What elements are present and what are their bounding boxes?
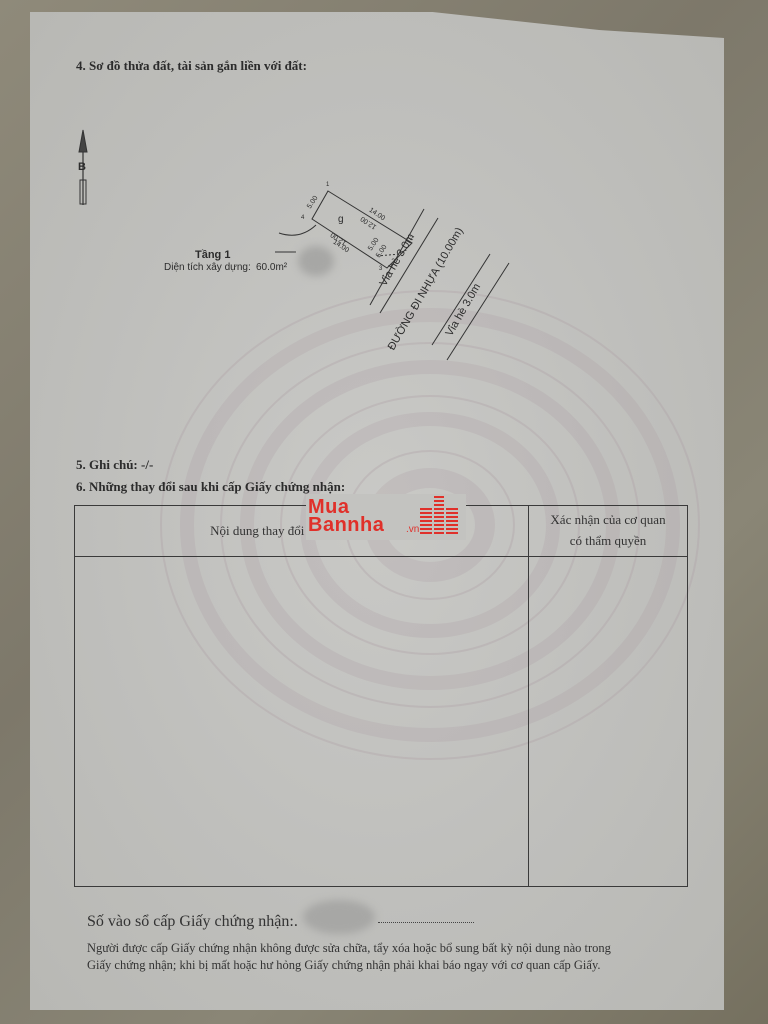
registry-dotted-line: [378, 912, 474, 923]
redacted-blur-registry: [303, 900, 375, 934]
vertex-4: 4: [301, 215, 304, 221]
col-header-confirm-line2: có thẩm quyền: [529, 530, 687, 552]
buildings-icon: [418, 494, 464, 540]
changes-table: Nội dung thay đổi và cơ sở pháp lý Xác n…: [74, 505, 688, 887]
section-4-title: 4. Sơ đồ thửa đất, tài sản gắn liền với …: [76, 58, 307, 74]
vertex-3: 3: [379, 266, 382, 272]
footer-notice-line1: Người được cấp Giấy chứng nhận không đượ…: [87, 941, 611, 956]
floor-label: Tầng 1: [195, 249, 230, 261]
watermark-logo: Mua Bannha .vn: [306, 494, 466, 540]
north-label: B: [78, 161, 86, 173]
col-header-confirm-line1: Xác nhận của cơ quan: [529, 509, 687, 531]
logo-text-line2: Bannha: [308, 515, 384, 535]
footer-notice-line2: Giấy chứng nhận; khi bị mất hoặc hư hỏng…: [87, 958, 601, 973]
build-area-value: 60.0m²: [256, 262, 287, 273]
lot-number: g: [338, 214, 344, 225]
registry-number-label: Số vào sổ cấp Giấy chứng nhận:.: [87, 913, 298, 931]
build-area-label: Diện tích xây dựng:: [164, 262, 251, 273]
section-6-title: 6. Những thay đổi sau khi cấp Giấy chứng…: [76, 479, 345, 495]
vertex-1: 1: [326, 182, 329, 188]
section-5-notes: 5. Ghi chú: -/-: [76, 457, 153, 473]
redacted-blur-plan: [298, 246, 334, 276]
